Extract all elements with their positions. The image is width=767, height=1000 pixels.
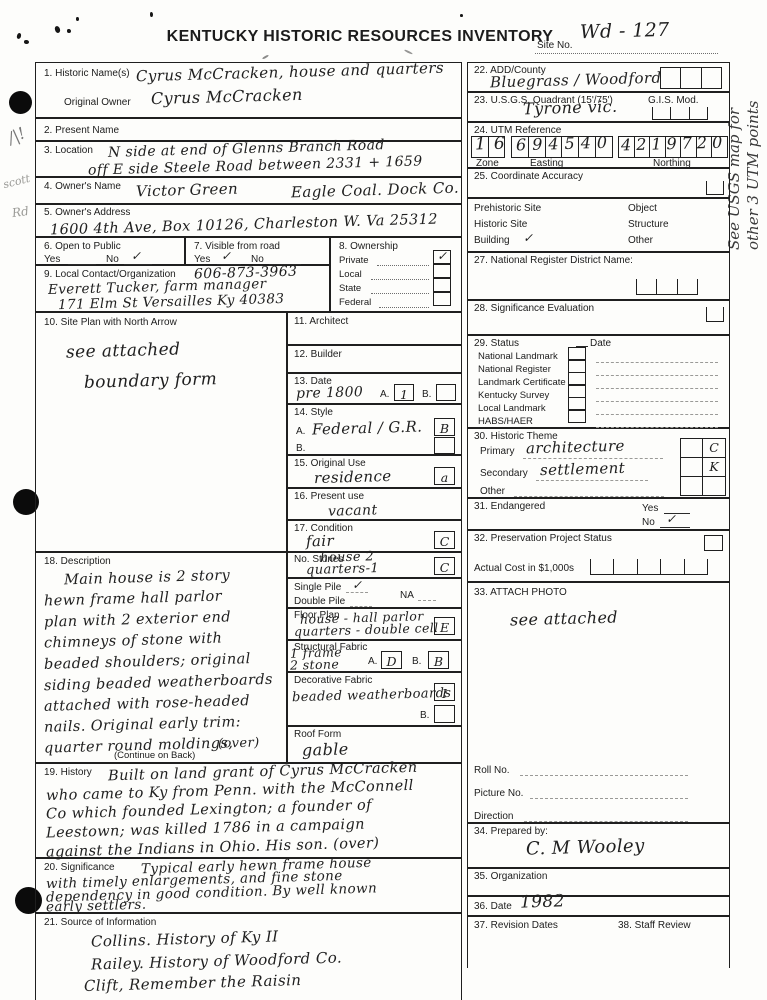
style-a-value: Federal / G.R.	[312, 419, 423, 437]
field-label: 33. ATTACH PHOTO	[474, 587, 567, 599]
date-code-a-box: 1	[394, 384, 414, 401]
utm-zone-value: 16	[475, 135, 513, 153]
field-form-date: 36. Date 1982	[467, 896, 730, 916]
field-revision-staff: 37. Revision Dates 38. Staff Review	[467, 916, 730, 968]
site-plan-line2: boundary form	[84, 371, 218, 392]
roof-form-value: gable	[302, 741, 349, 758]
leader	[379, 306, 429, 308]
style-a-label: A.	[296, 426, 305, 438]
field-label: 12. Builder	[294, 349, 342, 361]
field-site-plan: 10. Site Plan with North Arrow see attac…	[35, 312, 287, 552]
form-date-value: 1982	[520, 893, 565, 911]
decorative-code-a-box: I	[434, 683, 455, 701]
condition-value: fair	[306, 534, 334, 550]
no-label: No	[642, 517, 655, 529]
status-item: Kentucky Survey	[478, 391, 549, 402]
field-label: 21. Source of Information	[44, 917, 156, 929]
ink-smudge	[24, 40, 29, 44]
actual-cost-box	[590, 559, 708, 575]
field-attach-photo: 33. ATTACH PHOTO see attached Roll No. P…	[467, 582, 730, 823]
decorative-code-b-box	[434, 705, 455, 723]
checkmark-icon: ✓	[221, 250, 232, 262]
theme-code-cell	[681, 477, 703, 495]
code-b-label: B.	[422, 389, 431, 401]
direction-line	[524, 820, 688, 822]
checkmark-icon: ✓	[523, 232, 534, 244]
status-date-line	[596, 413, 718, 415]
field-label: 31. Endangered	[474, 501, 545, 513]
continue-note: (Continue on Back)	[114, 751, 195, 762]
field-structural-fabric: Structural Fabric 1 frame 2 stone A. D B…	[287, 640, 462, 672]
na-label: NA	[400, 590, 414, 602]
field-present-name: 2. Present Name	[35, 118, 462, 141]
ink-smudge	[150, 12, 153, 17]
ink-smudge	[16, 32, 22, 39]
original-owner-label: Original Owner	[64, 97, 131, 109]
direction-label: Direction	[474, 811, 513, 823]
field-description: 18. Description Main house is 2 story he…	[35, 552, 287, 763]
other-theme-label: Other	[480, 486, 505, 498]
status-date-line	[596, 361, 718, 363]
source-line: Railey. History of Woodford Co.	[91, 950, 342, 972]
site-plan-line1: see attached	[66, 341, 181, 361]
contact-line2: 171 Elm St Versailles Ky 40383	[58, 293, 285, 313]
field-present-use: 16. Present use vacant	[287, 488, 462, 520]
prehistoric-site-label: Prehistoric Site	[474, 203, 541, 215]
status-item: Landmark Certificate	[478, 378, 566, 389]
secondary-label: Secondary	[480, 468, 528, 480]
field-label: 6. Open to Public	[44, 241, 121, 253]
field-historic-theme: 30. Historic Theme Primary architecture …	[467, 428, 730, 498]
utm-northing-value: 4219720	[621, 135, 728, 154]
present-use-value: vacant	[328, 503, 378, 518]
field-roof-form: Roof Form gable	[287, 726, 462, 763]
status-item: National Landmark	[478, 352, 558, 363]
field-label: 29. Status	[474, 338, 519, 350]
theme-code-cell	[681, 439, 703, 458]
field-pile: Single Pile ✓ NA Double Pile	[287, 578, 462, 608]
checkmark-icon: ✓	[131, 250, 142, 262]
yes-label: Yes	[44, 254, 60, 266]
field-open-to-public: 6. Open to Public Yes No ✓	[35, 237, 185, 265]
roll-no-label: Roll No.	[474, 765, 510, 777]
field-decorative-fabric: Decorative Fabric beaded weatherboards I…	[287, 672, 462, 726]
field-label: 14. Style	[294, 407, 333, 419]
field-label: 4. Owner's Name	[44, 181, 121, 193]
field-label: 32. Preservation Project Status	[474, 533, 612, 545]
style-code-b-box	[434, 437, 455, 454]
status-item: HABS/HAER	[478, 417, 533, 428]
field-label: 1. Historic Name(s)	[44, 68, 130, 80]
leader	[371, 292, 429, 294]
original-owner-value: Cyrus McCracken	[151, 87, 303, 107]
field-source-of-information: 21. Source of Information Collins. Histo…	[35, 913, 462, 1000]
date-code-b-box	[436, 384, 456, 401]
floor-plan-code-box: E	[434, 617, 455, 635]
structure-label: Structure	[628, 219, 669, 231]
theme-code-cell	[681, 458, 703, 477]
status-date-line	[596, 400, 718, 402]
date-value: pre 1800	[296, 385, 364, 401]
field-site-type: Prehistoric Site Historic Site Building …	[467, 198, 730, 252]
owner-company-value: Eagle Coal. Dock Co.	[291, 181, 459, 201]
option-state: State	[339, 284, 361, 295]
field-organization: 35. Organization	[467, 868, 730, 896]
field-significance-evaluation: 28. Significance Evaluation	[467, 300, 730, 335]
field-label: Decorative Fabric	[294, 675, 372, 687]
field-significance: 20. Significance Typical early hewn fram…	[35, 858, 462, 913]
condition-code-box: C	[434, 531, 455, 549]
add-county-value: Bluegrass / Woodford	[490, 71, 662, 91]
description-line: hewn frame hall parlor	[44, 590, 222, 609]
yes-label: Yes	[194, 254, 210, 266]
other-line	[514, 495, 664, 497]
site-no-label: Site No.	[537, 40, 573, 52]
field-label: 2. Present Name	[44, 125, 119, 137]
status-checkbox-stack	[568, 348, 586, 423]
margin-scribble: Rd	[11, 205, 29, 219]
code-b-label: B.	[420, 710, 429, 722]
actual-cost-label: Actual Cost in $1,000s	[474, 563, 574, 575]
field-label: 18. Description	[44, 556, 111, 568]
field-history: 19. History Built on land grant of Cyrus…	[35, 763, 462, 858]
field-utm-reference: 24. UTM Reference 16 694540 4219720 Zone…	[467, 122, 730, 168]
ink-smudge	[54, 25, 61, 33]
field-label: 5. Owner's Address	[44, 207, 130, 219]
preservation-status-box	[704, 535, 723, 551]
prepared-by-value: C. M Wooley	[526, 837, 645, 858]
scanned-inventory-form: scott Rd /|! See USGS map for other 3 UT…	[0, 0, 767, 1000]
field-label: 19. History	[44, 767, 92, 779]
single-pile-line	[346, 591, 368, 593]
staff-review-label: 38. Staff Review	[618, 920, 691, 932]
ink-smudge	[262, 54, 269, 59]
field-location: 3. Location N side at end of Glenns Bran…	[35, 141, 462, 177]
option-private: Private	[339, 256, 369, 267]
roll-no-line	[520, 774, 688, 776]
ink-smudge	[460, 14, 463, 17]
field-label: 11. Architect	[294, 316, 348, 328]
original-use-value: residence	[314, 469, 392, 486]
field-status: 29. Status Date National Landmark Nation…	[467, 335, 730, 428]
decorative-value: beaded weatherboards	[292, 687, 452, 704]
ink-smudge	[404, 49, 413, 55]
field-coordinate-accuracy: 25. Coordinate Accuracy	[467, 168, 730, 198]
floor-plan-line2: quarters - double cell	[294, 622, 439, 639]
primary-label: Primary	[480, 446, 514, 458]
field-label: 35. Organization	[474, 871, 547, 883]
field-label: 7. Visible from road	[194, 241, 280, 253]
checkmark-icon: ✓	[437, 250, 448, 262]
object-label: Object	[628, 203, 657, 215]
field-nr-district: 27. National Register District Name:	[467, 252, 730, 300]
secondary-line	[536, 479, 648, 481]
stories-line2: quarters-1	[306, 562, 379, 577]
site-no-line	[535, 52, 718, 54]
attach-photo-value: see attached	[510, 609, 618, 628]
owner-name-value: Victor Green	[136, 182, 239, 200]
structural-line2: 2 stone	[290, 658, 339, 672]
field-label: 36. Date	[474, 901, 512, 913]
field-visible-from-road: 7. Visible from road Yes ✓ No	[185, 237, 330, 265]
no-line	[660, 526, 690, 528]
checkbox-state	[433, 278, 451, 292]
field-original-use: 15. Original Use residence a	[287, 455, 462, 488]
ink-smudge	[76, 17, 79, 21]
source-line: Collins. History of Ky II	[91, 929, 279, 949]
field-label: 3. Location	[44, 145, 93, 157]
field-architect: 11. Architect	[287, 312, 462, 345]
field-label: 28. Significance Evaluation	[474, 303, 594, 315]
description-line: plan with 2 exterior end	[44, 610, 231, 630]
na-line	[418, 599, 436, 601]
revision-dates-label: 37. Revision Dates	[474, 920, 558, 932]
building-label: Building	[474, 235, 510, 247]
field-date: 13. Date pre 1800 A. 1 B.	[287, 373, 462, 404]
coordinate-accuracy-box	[706, 181, 724, 195]
field-preservation-status: 32. Preservation Project Status Actual C…	[467, 530, 730, 582]
field-builder: 12. Builder	[287, 345, 462, 373]
secondary-theme-value: settlement	[540, 461, 625, 478]
checkbox-federal	[433, 292, 451, 306]
code-a-label: A.	[368, 656, 377, 668]
site-no-value: Wd - 127	[580, 21, 670, 42]
field-add-county: 22. ADD/County Bluegrass / Woodford	[467, 62, 730, 92]
theme-code-cell: K	[703, 458, 725, 477]
utm-easting-value: 694540	[516, 135, 613, 154]
status-date-line	[596, 387, 718, 389]
description-line: nails. Original early trim:	[44, 715, 241, 735]
option-local: Local	[339, 270, 362, 281]
leader	[377, 264, 429, 266]
description-line: attached with rose-headed	[44, 694, 250, 714]
over-note: (over)	[218, 736, 260, 750]
gis-mod-box	[652, 107, 708, 120]
field-label: 20. Significance	[44, 862, 115, 874]
page-title: KENTUCKY HISTORIC RESOURCES INVENTORY	[150, 28, 570, 46]
style-code-a-box: B	[434, 418, 455, 436]
historic-site-label: Historic Site	[474, 219, 527, 231]
historic-name-value: Cyrus McCracken, house and quarters	[136, 61, 444, 85]
double-pile-line	[350, 605, 372, 607]
description-line: siding beaded weatherboards	[44, 673, 273, 694]
add-county-code-box	[660, 67, 722, 89]
field-ownership: 8. Ownership Private Local State Federal…	[330, 237, 462, 312]
field-label: 34. Prepared by:	[474, 826, 548, 838]
structural-code-a-box: D	[381, 651, 402, 669]
code-a-label: A.	[380, 389, 389, 401]
margin-scribble: /|!	[5, 125, 27, 147]
picture-no-label: Picture No.	[474, 788, 523, 800]
original-use-code-box: a	[434, 467, 455, 485]
other-label: Other	[628, 235, 653, 247]
source-line: Clift, Remember the Raisin	[84, 973, 302, 994]
code-b-label: B.	[412, 656, 421, 668]
checkbox-local	[433, 264, 451, 278]
style-b-label: B.	[296, 443, 305, 455]
usgs-quadrant-value: Tyrone vic.	[523, 99, 618, 118]
checkmark-icon: ✓	[666, 513, 677, 525]
no-label: No	[106, 254, 119, 266]
field-owner-address: 5. Owner's Address 1600 4th Ave, Box 101…	[35, 204, 462, 237]
field-label: 25. Coordinate Accuracy	[474, 171, 583, 183]
field-label: 27. National Register District Name:	[474, 255, 633, 267]
field-label: 10. Site Plan with North Arrow	[44, 317, 177, 329]
ink-smudge	[67, 29, 71, 33]
field-style: 14. Style A. Federal / G.R. B B.	[287, 404, 462, 455]
field-floor-plan: Floor Plan house - hall parlor quarters …	[287, 608, 462, 640]
field-owner-name: 4. Owner's Name Victor Green Eagle Coal.…	[35, 177, 462, 204]
theme-code-cell: C	[703, 439, 725, 458]
yes-label: Yes	[642, 503, 658, 515]
field-historic-name: 1. Historic Name(s) Cyrus McCracken, hou…	[35, 62, 462, 118]
leader	[371, 278, 429, 280]
margin-scribble: scott	[2, 173, 31, 190]
field-label: 8. Ownership	[339, 241, 398, 253]
checkmark-icon: ✓	[352, 579, 363, 591]
nr-district-code-box	[636, 279, 698, 295]
option-federal: Federal	[339, 298, 371, 309]
theme-code-grid: C K	[680, 438, 726, 496]
theme-code-cell	[703, 477, 725, 495]
field-no-stories: No. Stories house 2 quarters-1 C	[287, 552, 462, 578]
field-condition: 17. Condition fair C	[287, 520, 462, 552]
status-item: Local Landmark	[478, 404, 546, 415]
gis-mod-label: G.I.S. Mod.	[648, 95, 699, 107]
single-pile-label: Single Pile	[294, 582, 341, 594]
primary-theme-value: architecture	[526, 439, 625, 457]
field-endangered: 31. Endangered Yes No ✓	[467, 498, 730, 530]
hole-punch	[9, 91, 32, 114]
field-usgs-quadrant: 23. U.S.G.S. Quadrant (15'/75') G.I.S. M…	[467, 92, 730, 122]
description-line: beaded shoulders; original	[44, 652, 251, 672]
description-line: Main house is 2 story	[64, 569, 231, 588]
picture-no-line	[530, 797, 688, 799]
field-local-contact: 9. Local Contact/Organization 606-873-39…	[35, 265, 330, 312]
status-date-line	[596, 374, 718, 376]
description-line: chimneys of stone with	[44, 632, 223, 651]
double-pile-label: Double Pile	[294, 596, 345, 608]
margin-note-utm: See USGS map for other 3 UTM points	[725, 20, 765, 250]
stories-code-box: C	[434, 557, 455, 575]
status-item: National Register	[478, 365, 551, 376]
significance-evaluation-box	[706, 307, 724, 322]
date-column-label: Date	[590, 338, 611, 350]
field-prepared-by: 34. Prepared by: C. M Wooley	[467, 823, 730, 868]
field-label: 16. Present use	[294, 491, 364, 503]
structural-code-b-box: B	[428, 651, 449, 669]
